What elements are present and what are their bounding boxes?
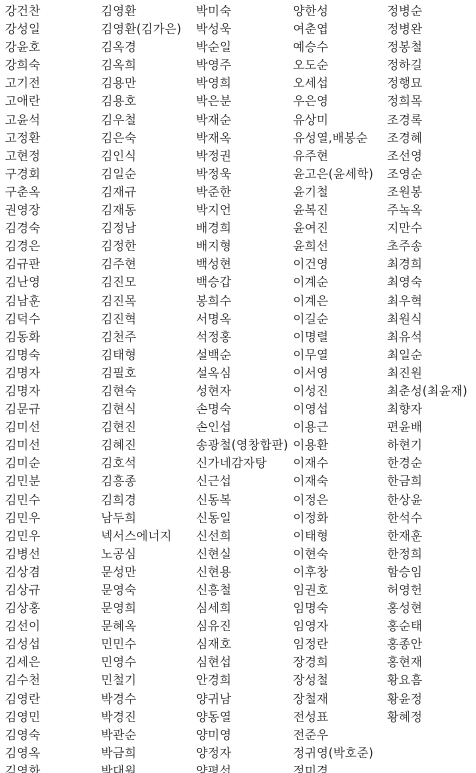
name-entry: 김천주	[101, 328, 182, 346]
name-entry: 김명자	[5, 364, 40, 382]
name-entry: 석정홍	[196, 328, 288, 346]
name-entry: 심유진	[196, 617, 288, 635]
name-entry: 이태형	[293, 527, 374, 545]
name-entry: 김미선	[5, 436, 40, 454]
name-entry: 이서영	[293, 364, 374, 382]
name-entry: 김필호	[101, 364, 182, 382]
name-entry: 임영자	[293, 617, 374, 635]
name-entry: 신가네감자탕	[196, 454, 288, 472]
name-entry: 김재동	[101, 201, 182, 219]
name-entry: 김상겸	[5, 563, 40, 581]
name-entry: 최춘성(최윤재)	[387, 382, 468, 400]
name-entry: 초주송	[387, 237, 468, 255]
name-entry: 신동복	[196, 491, 288, 509]
name-entry: 김난영	[5, 273, 40, 291]
name-entry: 강성일	[5, 20, 40, 38]
name-entry: 김은숙	[101, 129, 182, 147]
name-entry: 백승갑	[196, 273, 288, 291]
name-entry: 김현숙	[101, 382, 182, 400]
name-entry: 구춘옥	[5, 183, 40, 201]
name-entry: 이용근	[293, 418, 374, 436]
name-entry: 문영숙	[101, 581, 182, 599]
name-entry: 박정욱	[196, 165, 288, 183]
name-entry: 정희목	[387, 92, 468, 110]
name-entry: 배경희	[196, 219, 288, 237]
name-entry: 구경회	[5, 165, 40, 183]
name-entry: 김옥희	[101, 56, 182, 74]
name-entry: 최일순	[387, 346, 468, 364]
name-entry: 넥서스에너지	[101, 527, 182, 545]
name-entry: 조원봉	[387, 183, 468, 201]
name-entry: 박지언	[196, 201, 288, 219]
name-entry: 김선이	[5, 617, 40, 635]
name-entry: 허영헌	[387, 581, 468, 599]
name-entry: 문영희	[101, 599, 182, 617]
name-column-2: 김영환김영환(김가은)김옥경김옥희김용만김용호김우철김은숙김인식김일순김재규김재…	[101, 2, 182, 773]
name-entry: 김명자	[5, 382, 40, 400]
name-entry: 백성현	[196, 255, 288, 273]
name-entry: 민철기	[101, 671, 182, 689]
name-entry: 여춘엽	[293, 20, 374, 38]
name-entry: 박미숙	[196, 2, 288, 20]
name-entry: 지만수	[387, 219, 468, 237]
name-entry: 정병완	[387, 20, 468, 38]
name-entry: 유성열,배봉순	[293, 129, 374, 147]
name-entry: 양한성	[293, 2, 374, 20]
name-entry: 김현진	[101, 418, 182, 436]
name-entry: 고현정	[5, 147, 40, 165]
name-entry: 김병선	[5, 545, 40, 563]
name-entry: 박순일	[196, 38, 288, 56]
name-entry: 심현섭	[196, 653, 288, 671]
name-entry: 서명옥	[196, 310, 288, 328]
name-entry: 오세섭	[293, 74, 374, 92]
name-entry: 하현기	[387, 436, 468, 454]
name-entry: 김영민	[5, 708, 40, 726]
name-entry: 심세희	[196, 599, 288, 617]
name-entry: 예승수	[293, 38, 374, 56]
name-entry: 신현용	[196, 563, 288, 581]
name-entry: 김동화	[5, 328, 40, 346]
name-entry: 양미영	[196, 726, 288, 744]
name-entry: 조선영	[387, 147, 468, 165]
name-entry: 민영수	[101, 653, 182, 671]
name-entry: 홍종안	[387, 635, 468, 653]
name-entry: 배지형	[196, 237, 288, 255]
name-entry: 김영환(김가은)	[101, 20, 182, 38]
name-entry: 황윤정	[387, 690, 468, 708]
name-entry: 남두희	[101, 509, 182, 527]
name-entry: 이정은	[293, 491, 374, 509]
name-entry: 강건찬	[5, 2, 40, 20]
name-entry: 함승임	[387, 563, 468, 581]
name-entry: 우은영	[293, 92, 374, 110]
name-entry: 정병순	[387, 2, 468, 20]
name-entry: 황혜정	[387, 708, 468, 726]
name-entry: 안경희	[196, 671, 288, 689]
name-entry: 문혜옥	[101, 617, 182, 635]
name-entry: 정봉철	[387, 38, 468, 56]
name-entry: 고기전	[5, 74, 40, 92]
name-entry: 김미순	[5, 454, 40, 472]
name-entry: 신흥철	[196, 581, 288, 599]
name-entry: 김규판	[5, 255, 40, 273]
name-entry: 장성철	[293, 671, 374, 689]
name-entry: 김우철	[101, 111, 182, 129]
name-entry: 김진혁	[101, 310, 182, 328]
name-entry: 김수천	[5, 671, 40, 689]
name-entry: 김진목	[101, 292, 182, 310]
name-entry: 박대원	[101, 762, 182, 773]
name-entry: 이용환	[293, 436, 374, 454]
name-entry: 김정남	[101, 219, 182, 237]
name-entry: 김혜진	[101, 436, 182, 454]
name-entry: 유상미	[293, 111, 374, 129]
name-entry: 김명숙	[5, 346, 40, 364]
name-entry: 김호석	[101, 454, 182, 472]
name-entry: 김민분	[5, 472, 40, 490]
name-entry: 윤고은(윤세학)	[293, 165, 374, 183]
name-entry: 박영희	[196, 74, 288, 92]
name-column-3: 박미숙박성욱박순일박영주박영희박은분박재순박재옥박정권박정욱박준한박지언배경희배…	[196, 2, 288, 773]
name-entry: 정행묘	[387, 74, 468, 92]
name-entry: 한정희	[387, 545, 468, 563]
name-entry: 박관순	[101, 726, 182, 744]
name-entry: 이재숙	[293, 472, 374, 490]
name-entry: 박정권	[196, 147, 288, 165]
name-list: 강건찬강성일강윤호강희숙고기전고애란고윤석고정환고현정구경회구춘옥권영장김경숙김…	[0, 0, 476, 773]
name-entry: 이성진	[293, 382, 374, 400]
name-entry: 조경혜	[387, 129, 468, 147]
name-entry: 김진모	[101, 273, 182, 291]
name-entry: 손명숙	[196, 400, 288, 418]
name-entry: 양귀남	[196, 690, 288, 708]
name-entry: 김주현	[101, 255, 182, 273]
name-entry: 이영섭	[293, 400, 374, 418]
name-entry: 박경진	[101, 708, 182, 726]
name-entry: 김정한	[101, 237, 182, 255]
name-entry: 한경순	[387, 454, 468, 472]
name-entry: 김영숙	[5, 726, 40, 744]
name-entry: 임정란	[293, 635, 374, 653]
name-entry: 민민수	[101, 635, 182, 653]
name-entry: 신현실	[196, 545, 288, 563]
name-entry: 김경숙	[5, 219, 40, 237]
name-entry: 최유석	[387, 328, 468, 346]
name-entry: 한금희	[387, 472, 468, 490]
name-entry: 전성표	[293, 708, 374, 726]
name-entry: 이계은	[293, 292, 374, 310]
name-entry: 한상윤	[387, 491, 468, 509]
name-entry: 임권호	[293, 581, 374, 599]
name-entry: 최경희	[387, 255, 468, 273]
name-entry: 정미경	[293, 762, 374, 773]
name-entry: 성현자	[196, 382, 288, 400]
name-entry: 박은분	[196, 92, 288, 110]
name-entry: 김영환	[101, 2, 182, 20]
name-entry: 권영장	[5, 201, 40, 219]
name-entry: 양평섭	[196, 762, 288, 773]
name-entry: 윤여진	[293, 219, 374, 237]
name-entry: 윤복진	[293, 201, 374, 219]
name-entry: 김경은	[5, 237, 40, 255]
name-entry: 김세은	[5, 653, 40, 671]
name-entry: 송광철(영창합판)	[196, 436, 288, 454]
name-column-1: 강건찬강성일강윤호강희숙고기전고애란고윤석고정환고현정구경회구춘옥권영장김경숙김…	[5, 2, 40, 773]
name-entry: 박준한	[196, 183, 288, 201]
name-entry: 최우혁	[387, 292, 468, 310]
name-entry: 김현식	[101, 400, 182, 418]
name-entry: 박성욱	[196, 20, 288, 38]
name-entry: 이정화	[293, 509, 374, 527]
name-entry: 조영순	[387, 165, 468, 183]
name-entry: 김옥경	[101, 38, 182, 56]
name-entry: 김영화	[5, 762, 40, 773]
name-entry: 김상홍	[5, 599, 40, 617]
name-entry: 유주현	[293, 147, 374, 165]
name-entry: 박경수	[101, 690, 182, 708]
name-entry: 양동열	[196, 708, 288, 726]
name-entry: 김덕수	[5, 310, 40, 328]
name-entry: 전준우	[293, 726, 374, 744]
name-entry: 강윤호	[5, 38, 40, 56]
name-entry: 김재규	[101, 183, 182, 201]
name-entry: 김문규	[5, 400, 40, 418]
name-entry: 이무열	[293, 346, 374, 364]
name-entry: 한재훈	[387, 527, 468, 545]
name-entry: 최영숙	[387, 273, 468, 291]
name-entry: 이계순	[293, 273, 374, 291]
name-entry: 김영옥	[5, 744, 40, 762]
name-entry: 김민수	[5, 491, 40, 509]
name-entry: 신근섭	[196, 472, 288, 490]
name-entry: 편윤배	[387, 418, 468, 436]
name-entry: 설옥심	[196, 364, 288, 382]
name-entry: 최진원	[387, 364, 468, 382]
name-entry: 장경희	[293, 653, 374, 671]
name-entry: 정하길	[387, 56, 468, 74]
name-entry: 김미선	[5, 418, 40, 436]
name-entry: 신동일	[196, 509, 288, 527]
name-entry: 박금희	[101, 744, 182, 762]
name-entry: 최향자	[387, 400, 468, 418]
name-entry: 김희경	[101, 491, 182, 509]
name-entry: 홍순태	[387, 617, 468, 635]
name-entry: 박영주	[196, 56, 288, 74]
name-entry: 윤희선	[293, 237, 374, 255]
name-entry: 홍성현	[387, 599, 468, 617]
name-entry: 김태형	[101, 346, 182, 364]
name-entry: 김일순	[101, 165, 182, 183]
name-entry: 홍현재	[387, 653, 468, 671]
name-entry: 이재수	[293, 454, 374, 472]
name-entry: 김용호	[101, 92, 182, 110]
name-entry: 김영란	[5, 690, 40, 708]
name-entry: 박재옥	[196, 129, 288, 147]
name-entry: 이길순	[293, 310, 374, 328]
name-column-4: 양한성여춘엽예승수오도순오세섭우은영유상미유성열,배봉순유주현윤고은(윤세학)윤…	[293, 2, 374, 773]
name-entry: 고애란	[5, 92, 40, 110]
name-entry: 문성만	[101, 563, 182, 581]
name-entry: 김남훈	[5, 292, 40, 310]
name-entry: 고정환	[5, 129, 40, 147]
name-entry: 최원식	[387, 310, 468, 328]
name-entry: 김용만	[101, 74, 182, 92]
name-entry: 조경록	[387, 111, 468, 129]
name-entry: 박재순	[196, 111, 288, 129]
name-entry: 노공심	[101, 545, 182, 563]
name-entry: 강희숙	[5, 56, 40, 74]
name-entry: 장철재	[293, 690, 374, 708]
name-entry: 김상규	[5, 581, 40, 599]
name-column-5: 정병순정병완정봉철정하길정행묘정희목조경록조경혜조선영조영순조원봉주녹옥지만수초…	[387, 2, 468, 726]
name-entry: 임명숙	[293, 599, 374, 617]
name-entry: 김민우	[5, 527, 40, 545]
name-entry: 봉희수	[196, 292, 288, 310]
name-entry: 이현숙	[293, 545, 374, 563]
name-entry: 이후창	[293, 563, 374, 581]
name-entry: 심재호	[196, 635, 288, 653]
name-entry: 김민우	[5, 509, 40, 527]
name-entry: 김흥종	[101, 472, 182, 490]
name-entry: 신선희	[196, 527, 288, 545]
name-entry: 황요흠	[387, 671, 468, 689]
name-entry: 김성섭	[5, 635, 40, 653]
name-entry: 이건영	[293, 255, 374, 273]
name-entry: 이명렬	[293, 328, 374, 346]
name-entry: 설백순	[196, 346, 288, 364]
name-entry: 한석수	[387, 509, 468, 527]
name-entry: 양정자	[196, 744, 288, 762]
name-entry: 손인섭	[196, 418, 288, 436]
name-entry: 고윤석	[5, 111, 40, 129]
name-entry: 오도순	[293, 56, 374, 74]
name-entry: 주녹옥	[387, 201, 468, 219]
name-entry: 정귀영(박호준)	[293, 744, 374, 762]
name-entry: 김인식	[101, 147, 182, 165]
name-entry: 윤기철	[293, 183, 374, 201]
